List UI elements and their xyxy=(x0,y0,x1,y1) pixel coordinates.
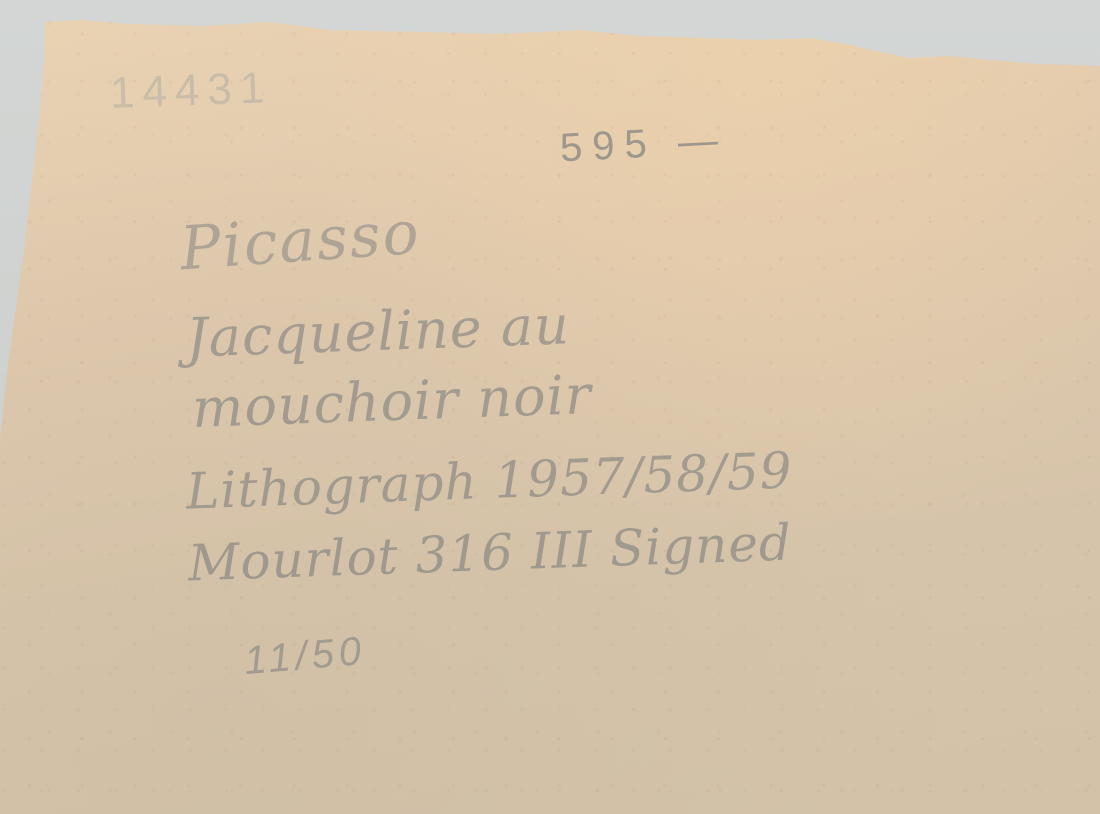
artwork-title-line-1: Jacqueline au xyxy=(185,293,571,369)
photo-scene: 14431 595 — Picasso Jacqueline au moucho… xyxy=(0,0,1100,814)
price-note: 595 — xyxy=(559,118,729,172)
inventory-number: 14431 xyxy=(109,63,273,119)
